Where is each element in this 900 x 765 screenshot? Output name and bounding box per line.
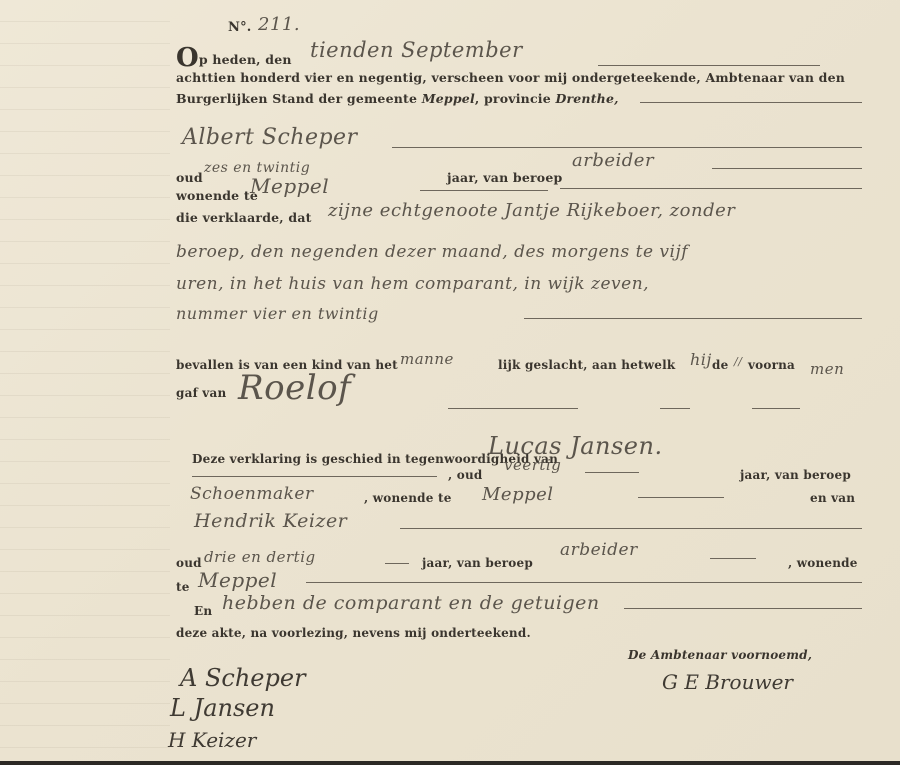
signature-witness-2: H Keizer [168,728,256,752]
record-number-value: 211. [258,14,300,35]
drop-cap: O [176,43,199,73]
handwriting-witness-2-age: drie en dertig [204,548,316,566]
fill-line [192,476,437,477]
handwriting-witness-2: Hendrik Keizer [194,510,347,532]
print-text: Burgerlijken Stand der gemeente [176,91,417,106]
signature-declarant: A Scheper [180,664,306,692]
handwriting-men: men [810,360,844,378]
handwriting-hij: hij [690,350,712,369]
voorna-label: voorna [748,358,795,372]
fill-line [306,582,862,583]
fill-line [524,318,862,319]
handwriting-date: tienden September [310,38,523,62]
fill-line [640,102,862,103]
wonende-label-3: , wonende [788,556,858,570]
handwriting-birth-place: uren, in het huis van hem comparant, in … [176,274,649,294]
handwriting-child-name: Roelof [238,368,351,408]
place-name: Meppel [422,91,475,106]
verklaarde-label: die verklaarde, dat [176,210,312,225]
de-label: de [712,358,728,372]
handwriting-declarant: Albert Scheper [182,125,358,150]
handwriting-witness-1-age: veertig [504,456,561,474]
beroep-label-2: jaar, van beroep [740,468,851,482]
handwriting-witness-1-residence: Meppel [482,484,554,505]
official-label: De Ambtenaar voornoemd, [628,648,812,662]
fill-line [624,608,862,609]
fill-line [448,408,578,409]
en-label: En [194,604,212,618]
fill-line [638,497,724,498]
page-bottom-edge [0,761,900,765]
en-van-label: en van [810,491,855,505]
print-text: p heden, den [199,52,292,67]
handwriting-witness-2-residence: Meppel [198,568,277,592]
wonende-label: wonende te [176,188,258,203]
signature-witness-1: L Jansen [170,694,275,722]
fill-line [752,408,800,409]
province-name: Drenthe, [555,91,618,106]
oud-label: oud [176,170,203,185]
wonende-label-2: , wonende te [364,491,452,505]
line-3: Burgerlijken Stand der gemeente Meppel, … [176,91,619,106]
geslacht-label: lijk geslacht, aan hetwelk [498,358,675,372]
print-text: , provincie [475,91,551,106]
handwriting-witness-1-occupation: Schoenmaker [190,484,314,504]
fill-line [660,408,690,409]
beroep-label: jaar, van beroep [447,170,562,185]
line-2: achttien honderd vier en negentig, versc… [176,70,845,85]
oud-label-2: , oud [448,468,482,482]
record-number-label: N°. [228,20,252,35]
fill-line [712,168,862,169]
birth-record-page: N°. 211. Op heden, den tienden September… [0,0,900,765]
handwriting-mark: // [734,355,742,368]
fill-line [710,558,756,559]
handwriting-witness-2-occupation: arbeider [560,540,638,560]
fill-line [420,190,548,191]
gaf-van-label: gaf van [176,386,226,400]
te-label: te [176,580,190,594]
handwriting-residence: Meppel [250,174,329,198]
handwriting-signers: hebben de comparant en de getuigen [222,592,600,614]
faint-margin-lines [0,0,170,765]
fill-line [400,528,862,529]
fill-line [585,472,639,473]
handwriting-gender: manne [400,350,454,368]
fill-line [598,65,820,66]
closing-text: deze akte, na voorlezing, nevens mij ond… [176,626,531,640]
fill-line [392,147,862,148]
handwriting-birth-date: beroep, den negenden dezer maand, des mo… [176,242,688,262]
handwriting-address: nummer vier en twintig [176,304,379,323]
fill-line [385,563,409,564]
handwriting-occupation: arbeider [572,150,654,171]
fill-line [560,188,862,189]
beroep-label-3: jaar, van beroep [422,556,533,570]
official-signature: G E Brouwer [662,670,793,694]
handwriting-mother: zijne echtgenoote Jantje Rijkeboer, zond… [328,200,735,221]
line-1: Op heden, den [176,48,292,68]
